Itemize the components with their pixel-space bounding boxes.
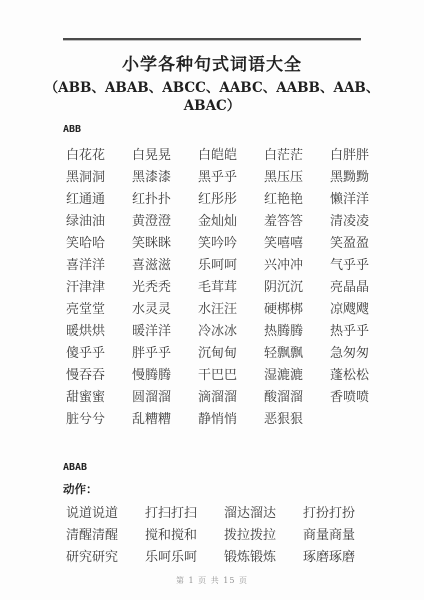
- word-cell: 锻炼锻炼: [224, 547, 303, 569]
- word-cell: 搅和搅和: [145, 525, 224, 547]
- word-cell: 白茫茫: [264, 145, 330, 167]
- word-cell: 水灵灵: [132, 299, 198, 321]
- word-cell: 兴冲冲: [264, 255, 330, 277]
- document-page: 小学各种句式词语大全 （ABB、ABAB、ABCC、AABC、AABB、AAB、…: [0, 0, 424, 600]
- word-cell: 白皑皑: [198, 145, 264, 167]
- word-cell: 绿油油: [66, 211, 132, 233]
- word-cell: 冷冰冰: [198, 321, 264, 343]
- word-cell: 乱糟糟: [132, 409, 198, 431]
- word-cell: 黑乎乎: [198, 167, 264, 189]
- word-cell: 黑黝黝: [330, 167, 396, 189]
- word-cell: 喜滋滋: [132, 255, 198, 277]
- word-cell: 沉甸甸: [198, 343, 264, 365]
- page-title: 小学各种句式词语大全: [63, 53, 361, 77]
- word-cell: 说道说道: [66, 503, 145, 525]
- word-cell: 凉飕飕: [330, 299, 396, 321]
- word-cell: 圆溜溜: [132, 387, 198, 409]
- word-cell: 白胖胖: [330, 145, 396, 167]
- abab-word-grid: 说道说道打扫打扫溜达溜达打扮打扮清醒清醒搅和搅和拨拉拨拉商量商量研究研究乐呵乐呵…: [66, 503, 424, 569]
- word-cell: 笑眯眯: [132, 233, 198, 255]
- word-cell: 暖烘烘: [66, 321, 132, 343]
- section-label-abb: ABB: [63, 123, 424, 137]
- word-cell: 黑压压: [264, 167, 330, 189]
- word-cell: 傻乎乎: [66, 343, 132, 365]
- word-cell: 溜达溜达: [224, 503, 303, 525]
- page-number-footer: 第 1 页 共 15 页: [0, 575, 424, 587]
- abb-word-grid: 白花花白晃晃白皑皑白茫茫白胖胖黑洞洞黑漆漆黑乎乎黑压压黑黝黝红通通红扑扑红彤彤红…: [66, 145, 424, 431]
- word-cell: 红通通: [66, 189, 132, 211]
- word-cell: 阴沉沉: [264, 277, 330, 299]
- word-cell: 黑漆漆: [132, 167, 198, 189]
- word-cell: 轻飘飘: [264, 343, 330, 365]
- word-cell: 毛茸茸: [198, 277, 264, 299]
- word-cell: 拨拉拨拉: [224, 525, 303, 547]
- word-cell: 笑哈哈: [66, 233, 132, 255]
- word-cell: 干巴巴: [198, 365, 264, 387]
- word-cell: 静悄悄: [198, 409, 264, 431]
- word-cell: 气乎乎: [330, 255, 396, 277]
- word-cell: 乐呵呵: [198, 255, 264, 277]
- word-cell: 黑洞洞: [66, 167, 132, 189]
- page-subtitle: （ABB、ABAB、ABCC、AABC、AABB、AAB、ABAC）: [40, 79, 384, 115]
- word-cell: 硬梆梆: [264, 299, 330, 321]
- word-cell: 蓬松松: [330, 365, 396, 387]
- word-cell: 羞答答: [264, 211, 330, 233]
- word-cell: 打扮打扮: [303, 503, 382, 525]
- word-cell: 甜蜜蜜: [66, 387, 132, 409]
- word-cell: 湿漉漉: [264, 365, 330, 387]
- word-cell: 恶狠狠: [264, 409, 330, 431]
- word-cell: 香喷喷: [330, 387, 396, 409]
- word-cell: 乐呵乐呵: [145, 547, 224, 569]
- word-cell: 黄澄澄: [132, 211, 198, 233]
- word-cell: 慢吞吞: [66, 365, 132, 387]
- word-cell: 热腾腾: [264, 321, 330, 343]
- word-cell: 汗津津: [66, 277, 132, 299]
- word-cell: 清凌凌: [330, 211, 396, 233]
- word-cell: 脏兮兮: [66, 409, 132, 431]
- word-cell: 白晃晃: [132, 145, 198, 167]
- word-cell: 热乎乎: [330, 321, 396, 343]
- word-cell: 水汪汪: [198, 299, 264, 321]
- word-cell: 亮堂堂: [66, 299, 132, 321]
- word-cell: 慢腾腾: [132, 365, 198, 387]
- word-cell: 光秃秃: [132, 277, 198, 299]
- section-label-abab: ABAB: [63, 461, 424, 475]
- word-cell: 懒洋洋: [330, 189, 396, 211]
- word-cell: 酸溜溜: [264, 387, 330, 409]
- word-cell: 滴溜溜: [198, 387, 264, 409]
- word-cell: 白花花: [66, 145, 132, 167]
- category-label-action: 动作：: [63, 481, 424, 497]
- word-cell: 笑盈盈: [330, 233, 396, 255]
- word-cell: 暖洋洋: [132, 321, 198, 343]
- page-top-rule: [63, 38, 361, 41]
- word-cell: 金灿灿: [198, 211, 264, 233]
- word-cell: 胖乎乎: [132, 343, 198, 365]
- word-cell: 打扫打扫: [145, 503, 224, 525]
- word-cell: 喜洋洋: [66, 255, 132, 277]
- word-cell: 红艳艳: [264, 189, 330, 211]
- word-cell: 笑嘻嘻: [264, 233, 330, 255]
- word-cell: 红彤彤: [198, 189, 264, 211]
- word-cell: 亮晶晶: [330, 277, 396, 299]
- word-cell: 笑吟吟: [198, 233, 264, 255]
- word-cell: 清醒清醒: [66, 525, 145, 547]
- word-cell: 商量商量: [303, 525, 382, 547]
- word-cell: 急匆匆: [330, 343, 396, 365]
- word-cell: 琢磨琢磨: [303, 547, 382, 569]
- word-cell: 红扑扑: [132, 189, 198, 211]
- word-cell: 研究研究: [66, 547, 145, 569]
